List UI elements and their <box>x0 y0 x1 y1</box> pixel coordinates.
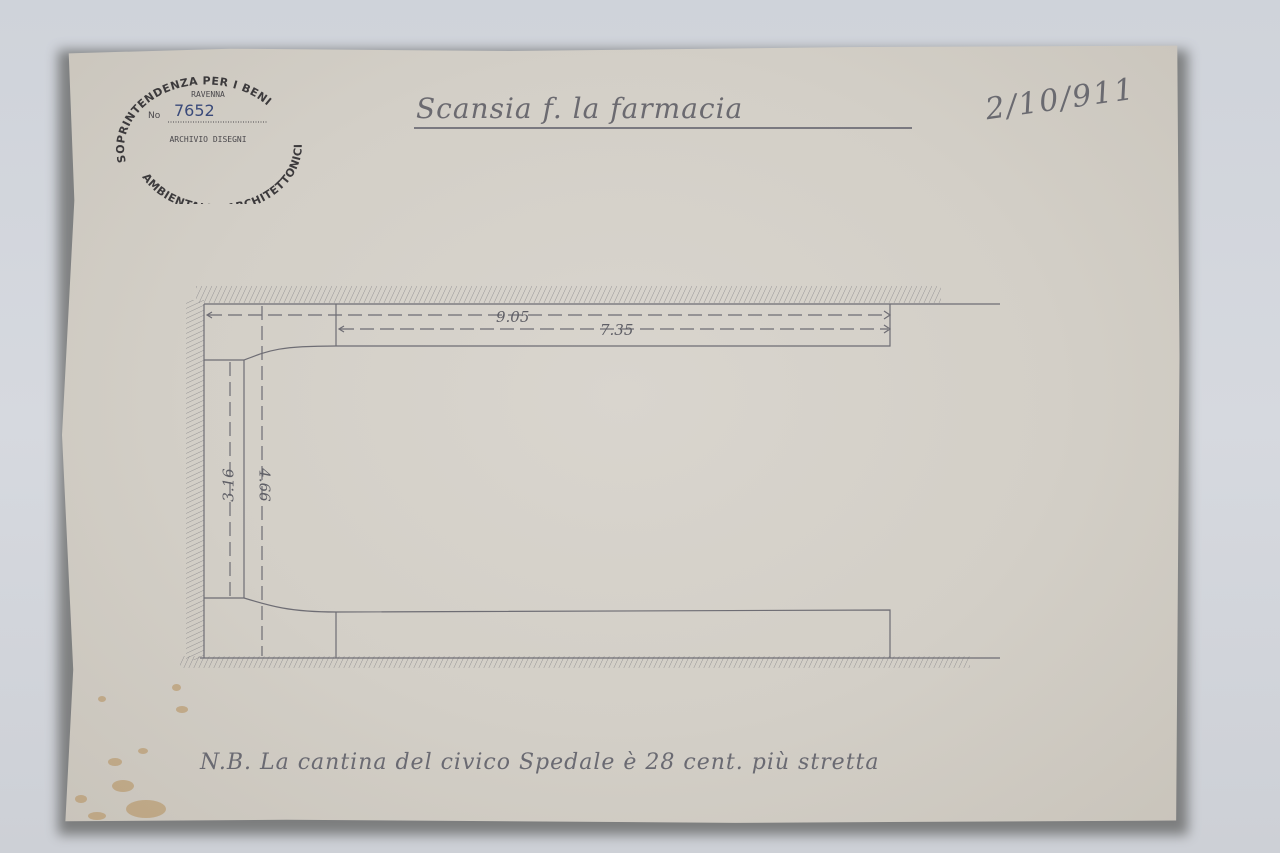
dimension-label-left-2: 4.66 <box>256 468 274 501</box>
dimension-label-top-1: 9.05 <box>496 308 529 326</box>
dimension-label-top-2: 7.35 <box>600 321 633 339</box>
floor-plan-drawing <box>0 0 1280 853</box>
dimension-label-left-1: 3.16 <box>220 468 238 501</box>
footnote: N.B. La cantina del civico Spedale è 28 … <box>200 750 880 775</box>
